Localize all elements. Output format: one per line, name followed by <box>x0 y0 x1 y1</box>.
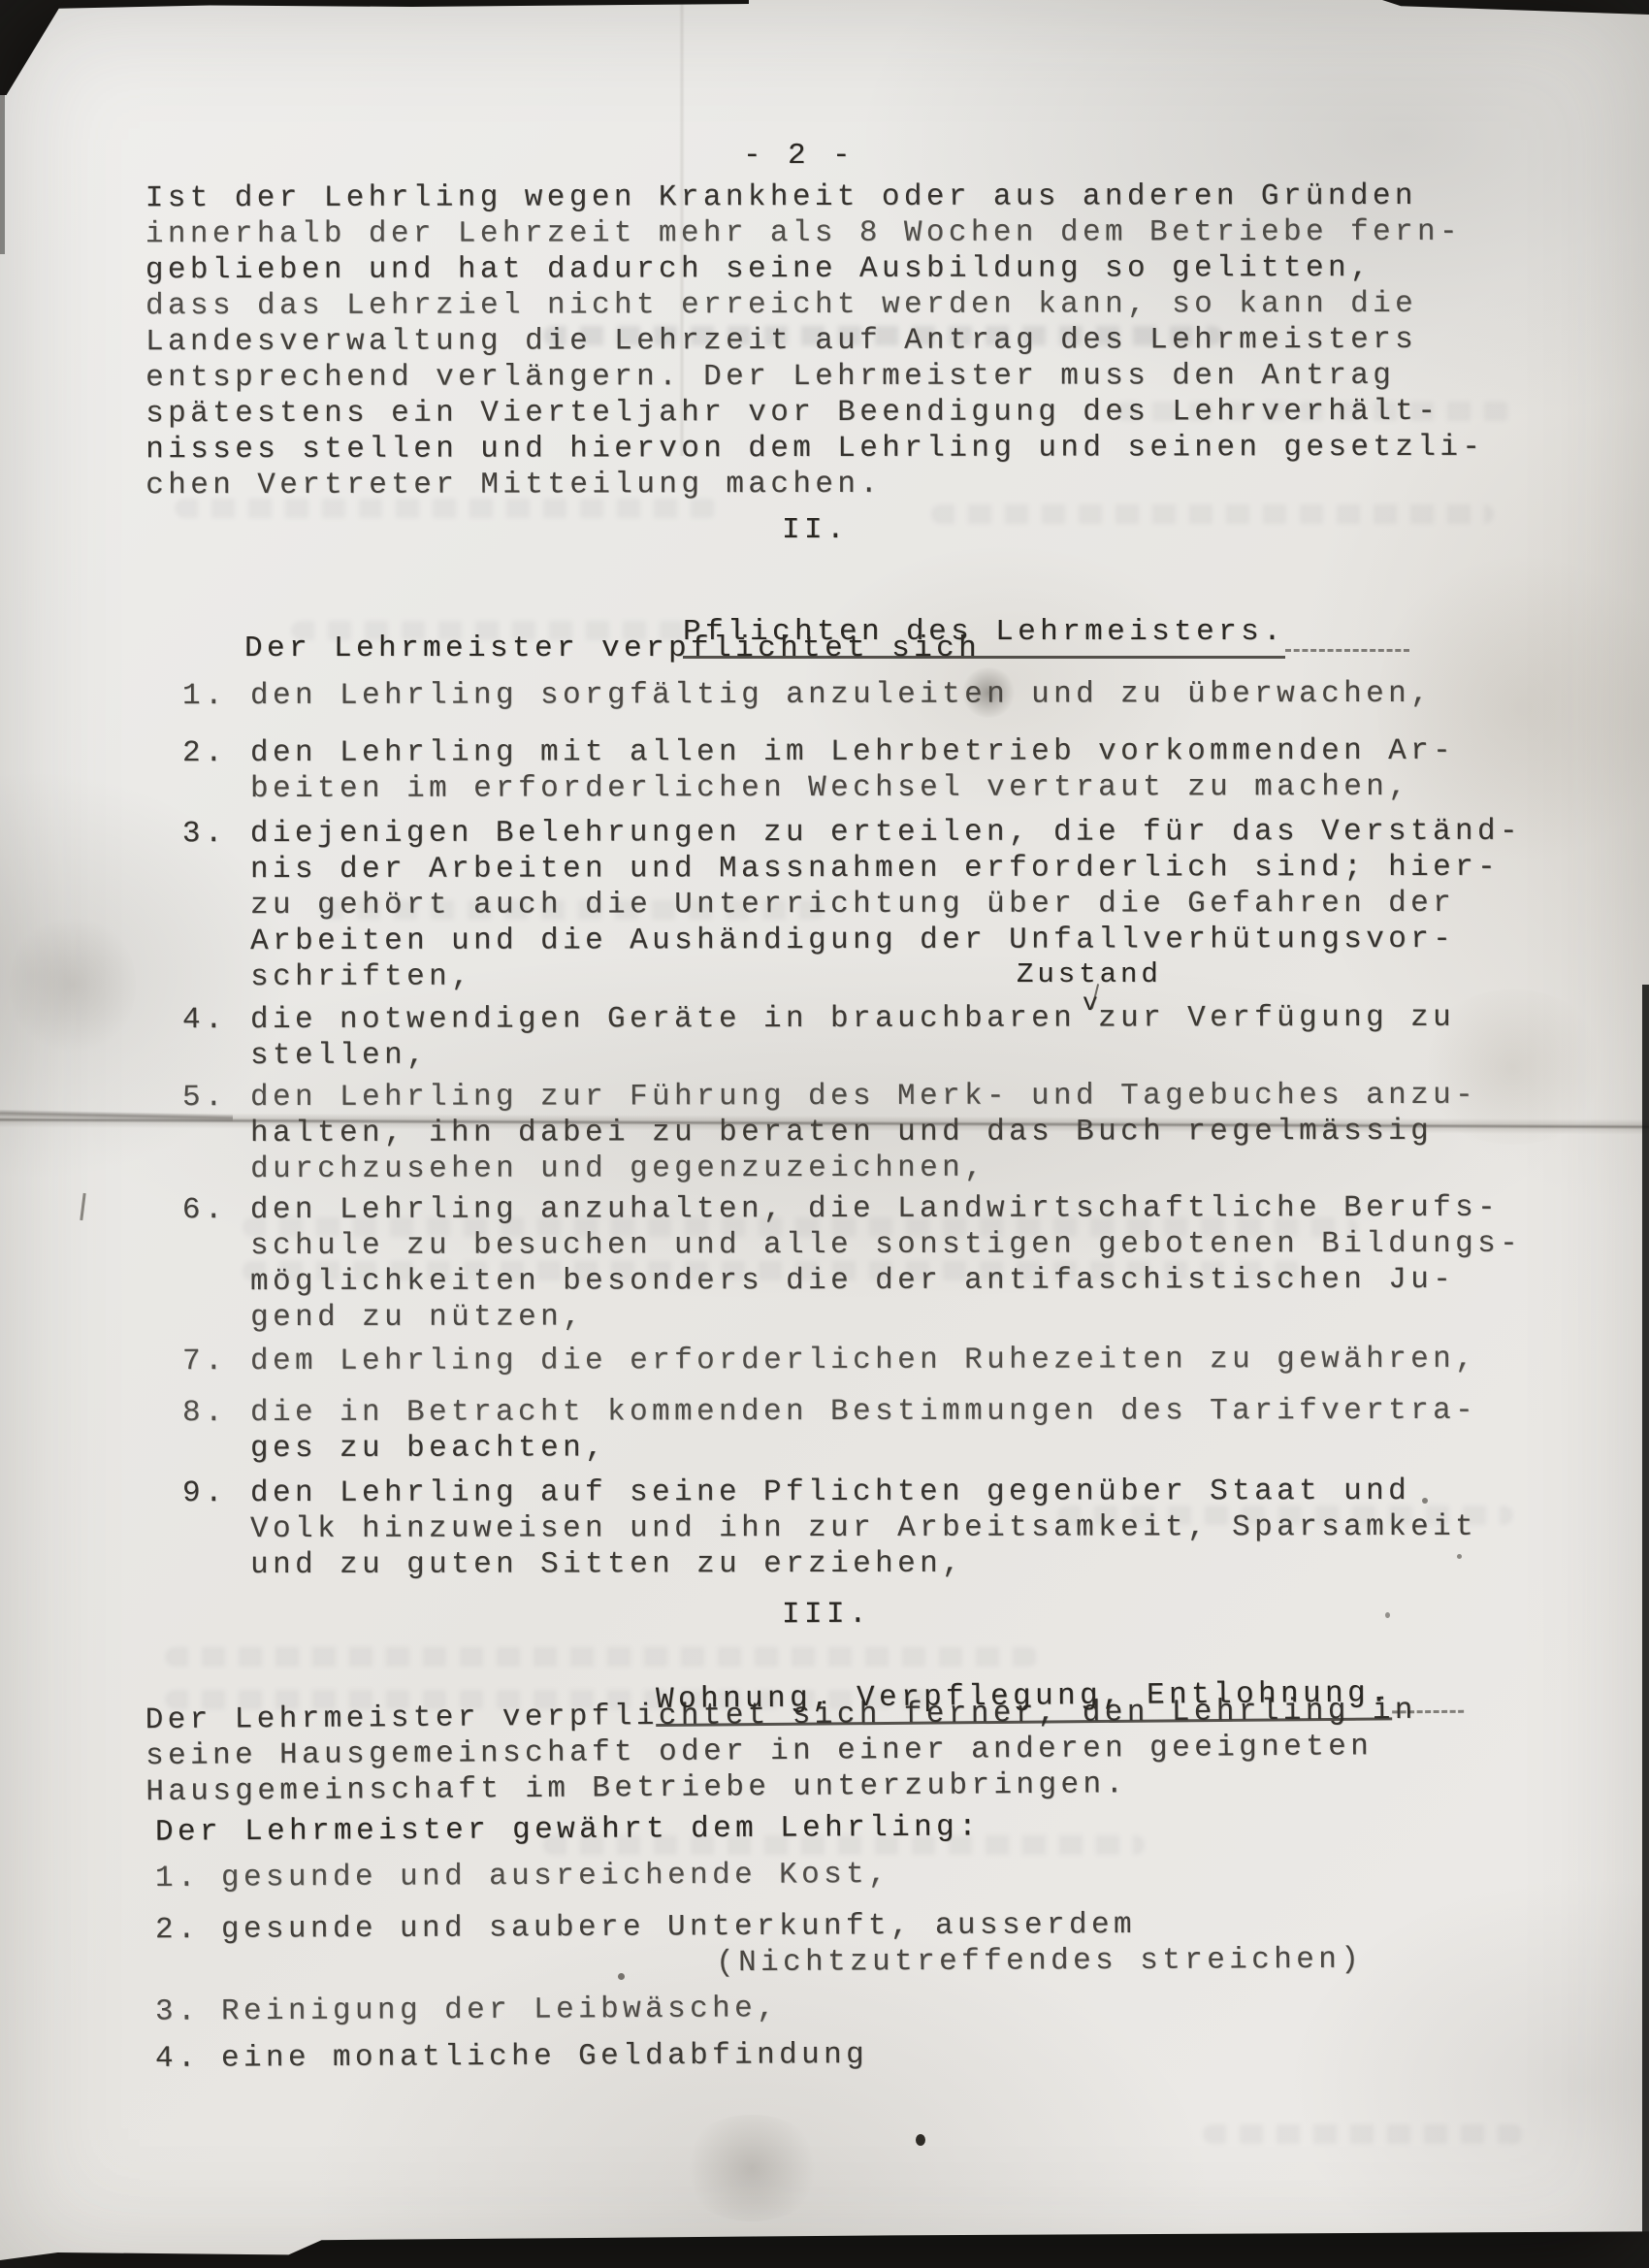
text-line: 1.gesunde und ausreichende Kost, <box>155 1857 890 1896</box>
text-line: durchzusehen und gegenzuzeichnen, <box>182 1150 1477 1187</box>
text-line: 8.die in Betracht kommenden Bestimmungen… <box>182 1393 1477 1431</box>
text-line: nis der Arbeiten und Massnahmen erforder… <box>182 850 1522 888</box>
list-item: 2.den Lehrling mit allen im Lehrbetrieb … <box>182 733 1455 807</box>
item-text: den Lehrling auf seine Pflichten gegenüb… <box>250 1474 1410 1510</box>
item-text: den Lehrling mit allen im Lehrbetrieb vo… <box>250 734 1455 770</box>
typewritten-text-layer: - 2 - Ist der Lehrling wegen Krankheit o… <box>0 0 1649 2268</box>
list-item: 4.eine monatliche Geldabfindung <box>155 2037 868 2077</box>
scan-edge-left <box>0 89 5 254</box>
text-line: entsprechend verlängern. Der Lehrmeister… <box>145 358 1484 396</box>
text-line: 4.eine monatliche Geldabfindung <box>155 2037 868 2077</box>
list-item: 1.gesunde und ausreichende Kost, <box>155 1857 890 1896</box>
section-2-intro: Der Lehrmeister verpflichtet sich <box>244 631 981 666</box>
text-line: schriften, <box>182 957 1522 995</box>
item-number: 2. <box>155 1912 221 1948</box>
text-line: Arbeiten und die Aushändigung der Unfall… <box>182 922 1522 959</box>
text-line: möglichkeiten besonders die der antifasc… <box>182 1262 1522 1300</box>
item-text: dem Lehrling die erforderlichen Ruhezeit… <box>250 1343 1477 1378</box>
text-line: Volk hinzuweisen und ihn zur Arbeitsamke… <box>182 1509 1477 1547</box>
text-line: dass das Lehrziel nicht erreicht werden … <box>145 286 1484 324</box>
grant-intro: Der Lehrmeister gewährt dem Lehrling: <box>155 1809 981 1850</box>
item-text: die in Betracht kommenden Bestimmungen d… <box>250 1394 1477 1430</box>
scan-edge-right <box>1642 985 1649 2268</box>
item-number: 5. <box>182 1080 250 1116</box>
intro-paragraph: Ist der Lehrling wegen Krankheit oder au… <box>145 178 1485 503</box>
item-text: gesunde und ausreichende Kost, <box>221 1858 890 1895</box>
section-2-numeral: II. <box>782 512 849 548</box>
item-text: Reinigung der Leibwäsche, <box>221 1992 779 2028</box>
list-item: 8.die in Betracht kommenden Bestimmungen… <box>182 1393 1477 1467</box>
item-number: 9. <box>182 1475 250 1511</box>
text-line: gend zu nützen, <box>182 1298 1522 1336</box>
item-number: 1. <box>155 1861 221 1896</box>
text-line: ges zu beachten, <box>182 1429 1477 1467</box>
item-text: den Lehrling sorgfältig anzuleiten und z… <box>250 677 1433 713</box>
item-text: den Lehrling anzuhalten, die Landwirtsch… <box>250 1191 1500 1227</box>
item-number: 3. <box>155 1993 221 2029</box>
text-line: 6.den Lehrling anzuhalten, die Landwirts… <box>182 1190 1522 1228</box>
text-line: nisses stellen und hiervon dem Lehrling … <box>145 430 1484 468</box>
text-line: 3.diejenigen Belehrungen zu erteilen, di… <box>182 814 1522 852</box>
strike-out-note: (Nichtzutreffendes streichen) <box>155 1942 1363 1985</box>
item-text: eine monatliche Geldabfindung <box>221 2038 868 2075</box>
text-line: stellen, <box>182 1036 1455 1074</box>
text-line: Landesverwaltung die Lehrzeit auf Antrag… <box>145 322 1484 360</box>
text-line: geblieben und hat dadurch seine Ausbildu… <box>145 250 1484 288</box>
item-text: diejenigen Belehrungen zu erteilen, die … <box>250 815 1522 851</box>
text-line: 5.den Lehrling zur Führung des Merk- und… <box>182 1078 1477 1116</box>
fold-crease-vertical <box>679 0 685 456</box>
section-3-paragraph: Der Lehrmeister verpflichtet sich ferner… <box>145 1693 1418 1810</box>
page-number: - 2 - <box>743 138 855 174</box>
item-number: 4. <box>182 1002 250 1038</box>
text-line: chen Vertreter Mitteilung machen. <box>145 466 1484 503</box>
list-item: 2.gesunde und saubere Unterkunft, ausser… <box>155 1906 1363 1985</box>
item-number: 4. <box>155 2041 221 2077</box>
list-item: 3.Reinigung der Leibwäsche, <box>155 1991 779 2029</box>
item-number: 7. <box>182 1344 250 1379</box>
item-text: die notwendigen Geräte in brauchbaren zu… <box>250 1001 1455 1037</box>
item-number: 2. <box>182 735 250 771</box>
text-line: spätestens ein Vierteljahr vor Beendigun… <box>145 394 1484 432</box>
item-number: 6. <box>182 1192 250 1228</box>
text-line: 4.die notwendigen Geräte in brauchbaren … <box>182 1000 1455 1038</box>
text-line: 2.den Lehrling mit allen im Lehrbetrieb … <box>182 733 1455 771</box>
item-number: 1. <box>182 678 250 714</box>
item-text: gesunde und saubere Unterkunft, ausserde… <box>221 1908 1136 1947</box>
text-line: 7.dem Lehrling die erforderlichen Ruheze… <box>182 1342 1477 1379</box>
section-3-numeral: III. <box>782 1597 871 1633</box>
text-line: zu gehört auch die Unterrichtung über di… <box>182 886 1522 923</box>
text-line: und zu guten Sitten zu erziehen, <box>182 1545 1477 1583</box>
item-number: 8. <box>182 1395 250 1431</box>
text-line: 3.Reinigung der Leibwäsche, <box>155 1991 779 2029</box>
item-text: den Lehrling zur Führung des Merk- und T… <box>250 1079 1477 1115</box>
underline-extension <box>1285 616 1409 652</box>
text-line: Ist der Lehrling wegen Krankheit oder au… <box>145 178 1484 216</box>
scanned-document-page: - 2 - Ist der Lehrling wegen Krankheit o… <box>0 0 1649 2268</box>
list-item: 4.die notwendigen Geräte in brauchbaren … <box>182 1000 1455 1074</box>
text-line: 9.den Lehrling auf seine Pflichten gegen… <box>182 1474 1477 1511</box>
item-number: 3. <box>182 816 250 852</box>
list-item: 6.den Lehrling anzuhalten, die Landwirts… <box>182 1190 1522 1336</box>
list-item: 3.diejenigen Belehrungen zu erteilen, di… <box>182 814 1523 995</box>
text-line: innerhalb der Lehrzeit mehr als 8 Wochen… <box>145 214 1484 252</box>
list-item: 7.dem Lehrling die erforderlichen Ruheze… <box>182 1342 1477 1379</box>
text-line: beiten im erforderlichen Wechsel vertrau… <box>182 769 1455 807</box>
list-item: 9.den Lehrling auf seine Pflichten gegen… <box>182 1474 1477 1583</box>
list-item: 1.den Lehrling sorgfältig anzuleiten und… <box>182 676 1433 714</box>
text-line: 1.den Lehrling sorgfältig anzuleiten und… <box>182 676 1433 714</box>
text-line: schule zu besuchen und alle sonstigen ge… <box>182 1226 1522 1264</box>
